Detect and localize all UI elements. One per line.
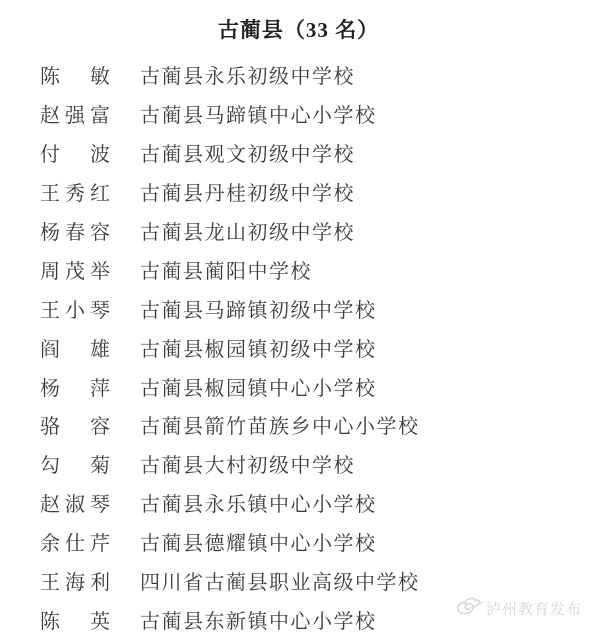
person-name: 周茂举 — [40, 262, 110, 282]
person-name: 阎 雄 — [40, 340, 110, 360]
roster-row: 勾 菊 古蔺县大村初级中学校 — [40, 447, 587, 486]
roster-row: 陈 敏 古蔺县永乐初级中学校 — [40, 58, 587, 97]
school-name: 古蔺县蔺阳中学校 — [140, 262, 312, 282]
roster-row: 余仕芹 古蔺县德耀镇中心小学校 — [40, 525, 587, 564]
school-name: 古蔺县椒园镇初级中学校 — [140, 340, 377, 360]
person-name: 杨春容 — [40, 223, 110, 243]
school-name: 古蔺县大村初级中学校 — [140, 456, 355, 476]
school-name: 古蔺县东新镇中心小学校 — [140, 612, 377, 632]
person-name: 王小琴 — [40, 301, 110, 321]
roster-row: 骆 容 古蔺县箭竹苗族乡中心小学校 — [40, 408, 587, 447]
watermark-label: 泸州教育发布 — [486, 598, 582, 619]
roster-row: 王秀红 古蔺县丹桂初级中学校 — [40, 175, 587, 214]
person-name: 陈 敏 — [40, 67, 110, 87]
person-name: 王海利 — [40, 573, 110, 593]
roster-row: 付 波 古蔺县观文初级中学校 — [40, 136, 587, 175]
person-name: 骆 容 — [40, 417, 110, 437]
school-name: 古蔺县德耀镇中心小学校 — [140, 534, 377, 554]
person-name: 杨 萍 — [40, 379, 110, 399]
school-name: 四川省古蔺县职业高级中学校 — [140, 573, 420, 593]
roster-row: 杨 萍 古蔺县椒园镇中心小学校 — [40, 369, 587, 408]
roster-row: 杨春容 古蔺县龙山初级中学校 — [40, 214, 587, 253]
school-name: 古蔺县观文初级中学校 — [140, 145, 355, 165]
roster-row: 王小琴 古蔺县马蹄镇初级中学校 — [40, 291, 587, 330]
person-name: 余仕芹 — [40, 534, 110, 554]
person-name: 赵强富 — [40, 106, 110, 126]
roster-row: 阎 雄 古蔺县椒园镇初级中学校 — [40, 330, 587, 369]
person-name: 赵淑琴 — [40, 495, 110, 515]
roster-list: 陈 敏 古蔺县永乐初级中学校 赵强富 古蔺县马蹄镇中心小学校 付 波 古蔺县观文… — [40, 58, 587, 640]
person-name: 勾 菊 — [40, 456, 110, 476]
school-name: 古蔺县马蹄镇中心小学校 — [140, 106, 377, 126]
school-name: 古蔺县马蹄镇初级中学校 — [140, 301, 377, 321]
bird-logo-icon — [454, 594, 482, 623]
roster-row: 赵强富 古蔺县马蹄镇中心小学校 — [40, 97, 587, 136]
person-name: 王秀红 — [40, 184, 110, 204]
roster-row: 周茂举 古蔺县蔺阳中学校 — [40, 252, 587, 291]
document-page: 古蔺县（33 名） 陈 敏 古蔺县永乐初级中学校 赵强富 古蔺县马蹄镇中心小学校… — [0, 0, 597, 640]
person-name: 陈 英 — [40, 612, 110, 632]
school-name: 古蔺县龙山初级中学校 — [140, 223, 355, 243]
school-name: 古蔺县箭竹苗族乡中心小学校 — [140, 417, 420, 437]
watermark: 泸州教育发布 — [454, 594, 582, 623]
page-title: 古蔺县（33 名） — [0, 14, 597, 44]
school-name: 古蔺县椒园镇中心小学校 — [140, 379, 377, 399]
school-name: 古蔺县丹桂初级中学校 — [140, 184, 355, 204]
person-name: 付 波 — [40, 145, 110, 165]
roster-row: 赵淑琴 古蔺县永乐镇中心小学校 — [40, 486, 587, 525]
school-name: 古蔺县永乐初级中学校 — [140, 67, 355, 87]
school-name: 古蔺县永乐镇中心小学校 — [140, 495, 377, 515]
